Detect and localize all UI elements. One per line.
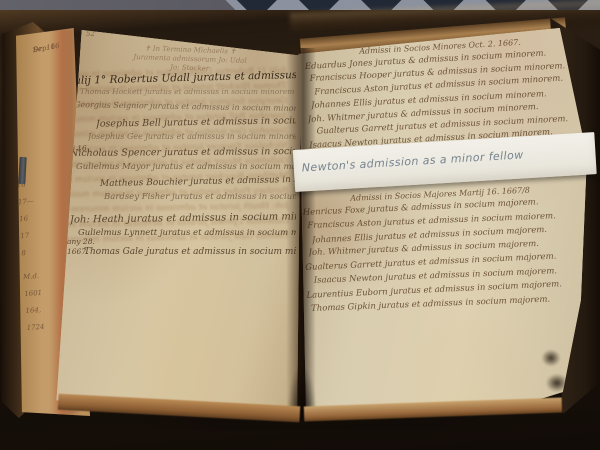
manuscript-line: Bardsey Fisher juratus et admissus in so…: [104, 192, 296, 207]
margin-number: 8: [21, 247, 55, 257]
manuscript-line: Thomas Gale juratus et admissus in sociu…: [84, 247, 296, 262]
ink-stain: [542, 350, 560, 366]
margin-number: 17: [20, 230, 54, 240]
manuscript-line: Josephus Gee juratus et admissus in soci…: [88, 132, 296, 147]
page-clip: [18, 157, 26, 184]
major-fellows-entries: Henricus Foxe juratus & admissus in soci…: [303, 196, 563, 318]
margin-number: 1601: [24, 288, 58, 298]
left-page: 52 ✝ In Termino Michaelis ✝Juramenta adm…: [54, 24, 306, 420]
manuscript-line: Gulielmus Lynnett juratus et admissus in…: [78, 228, 296, 243]
margin-number: 1724: [26, 322, 60, 332]
photo-scene: Sep: 16Dr: 16 1617—16178M.d.1601164,1724…: [0, 0, 600, 450]
book-gutter: [286, 48, 316, 416]
right-page: Admissi in Socios Minores Oct. 2. 1667. …: [294, 20, 596, 420]
manuscript-line: Nicholaus Spencer juratus et admissus in…: [70, 146, 296, 163]
left-page-entries: Julij 1° Robertus Udall juratus et admis…: [70, 72, 296, 262]
manuscript-line: Josephus Bell juratus et admissus in soc…: [96, 115, 296, 133]
margin-number: 16: [19, 213, 53, 223]
margin-note: Jany 28.: [64, 237, 98, 246]
margin-number: 164,: [25, 305, 59, 315]
margin-number: M.d.: [23, 271, 57, 281]
slip-caption: Newton's admission as a minor fellow: [301, 148, 523, 174]
manuscript-line: Joh: Heath juratus et admissus in socium…: [70, 211, 296, 229]
margin-note: 1667.: [67, 247, 98, 256]
margin-number: 17—: [18, 196, 52, 206]
